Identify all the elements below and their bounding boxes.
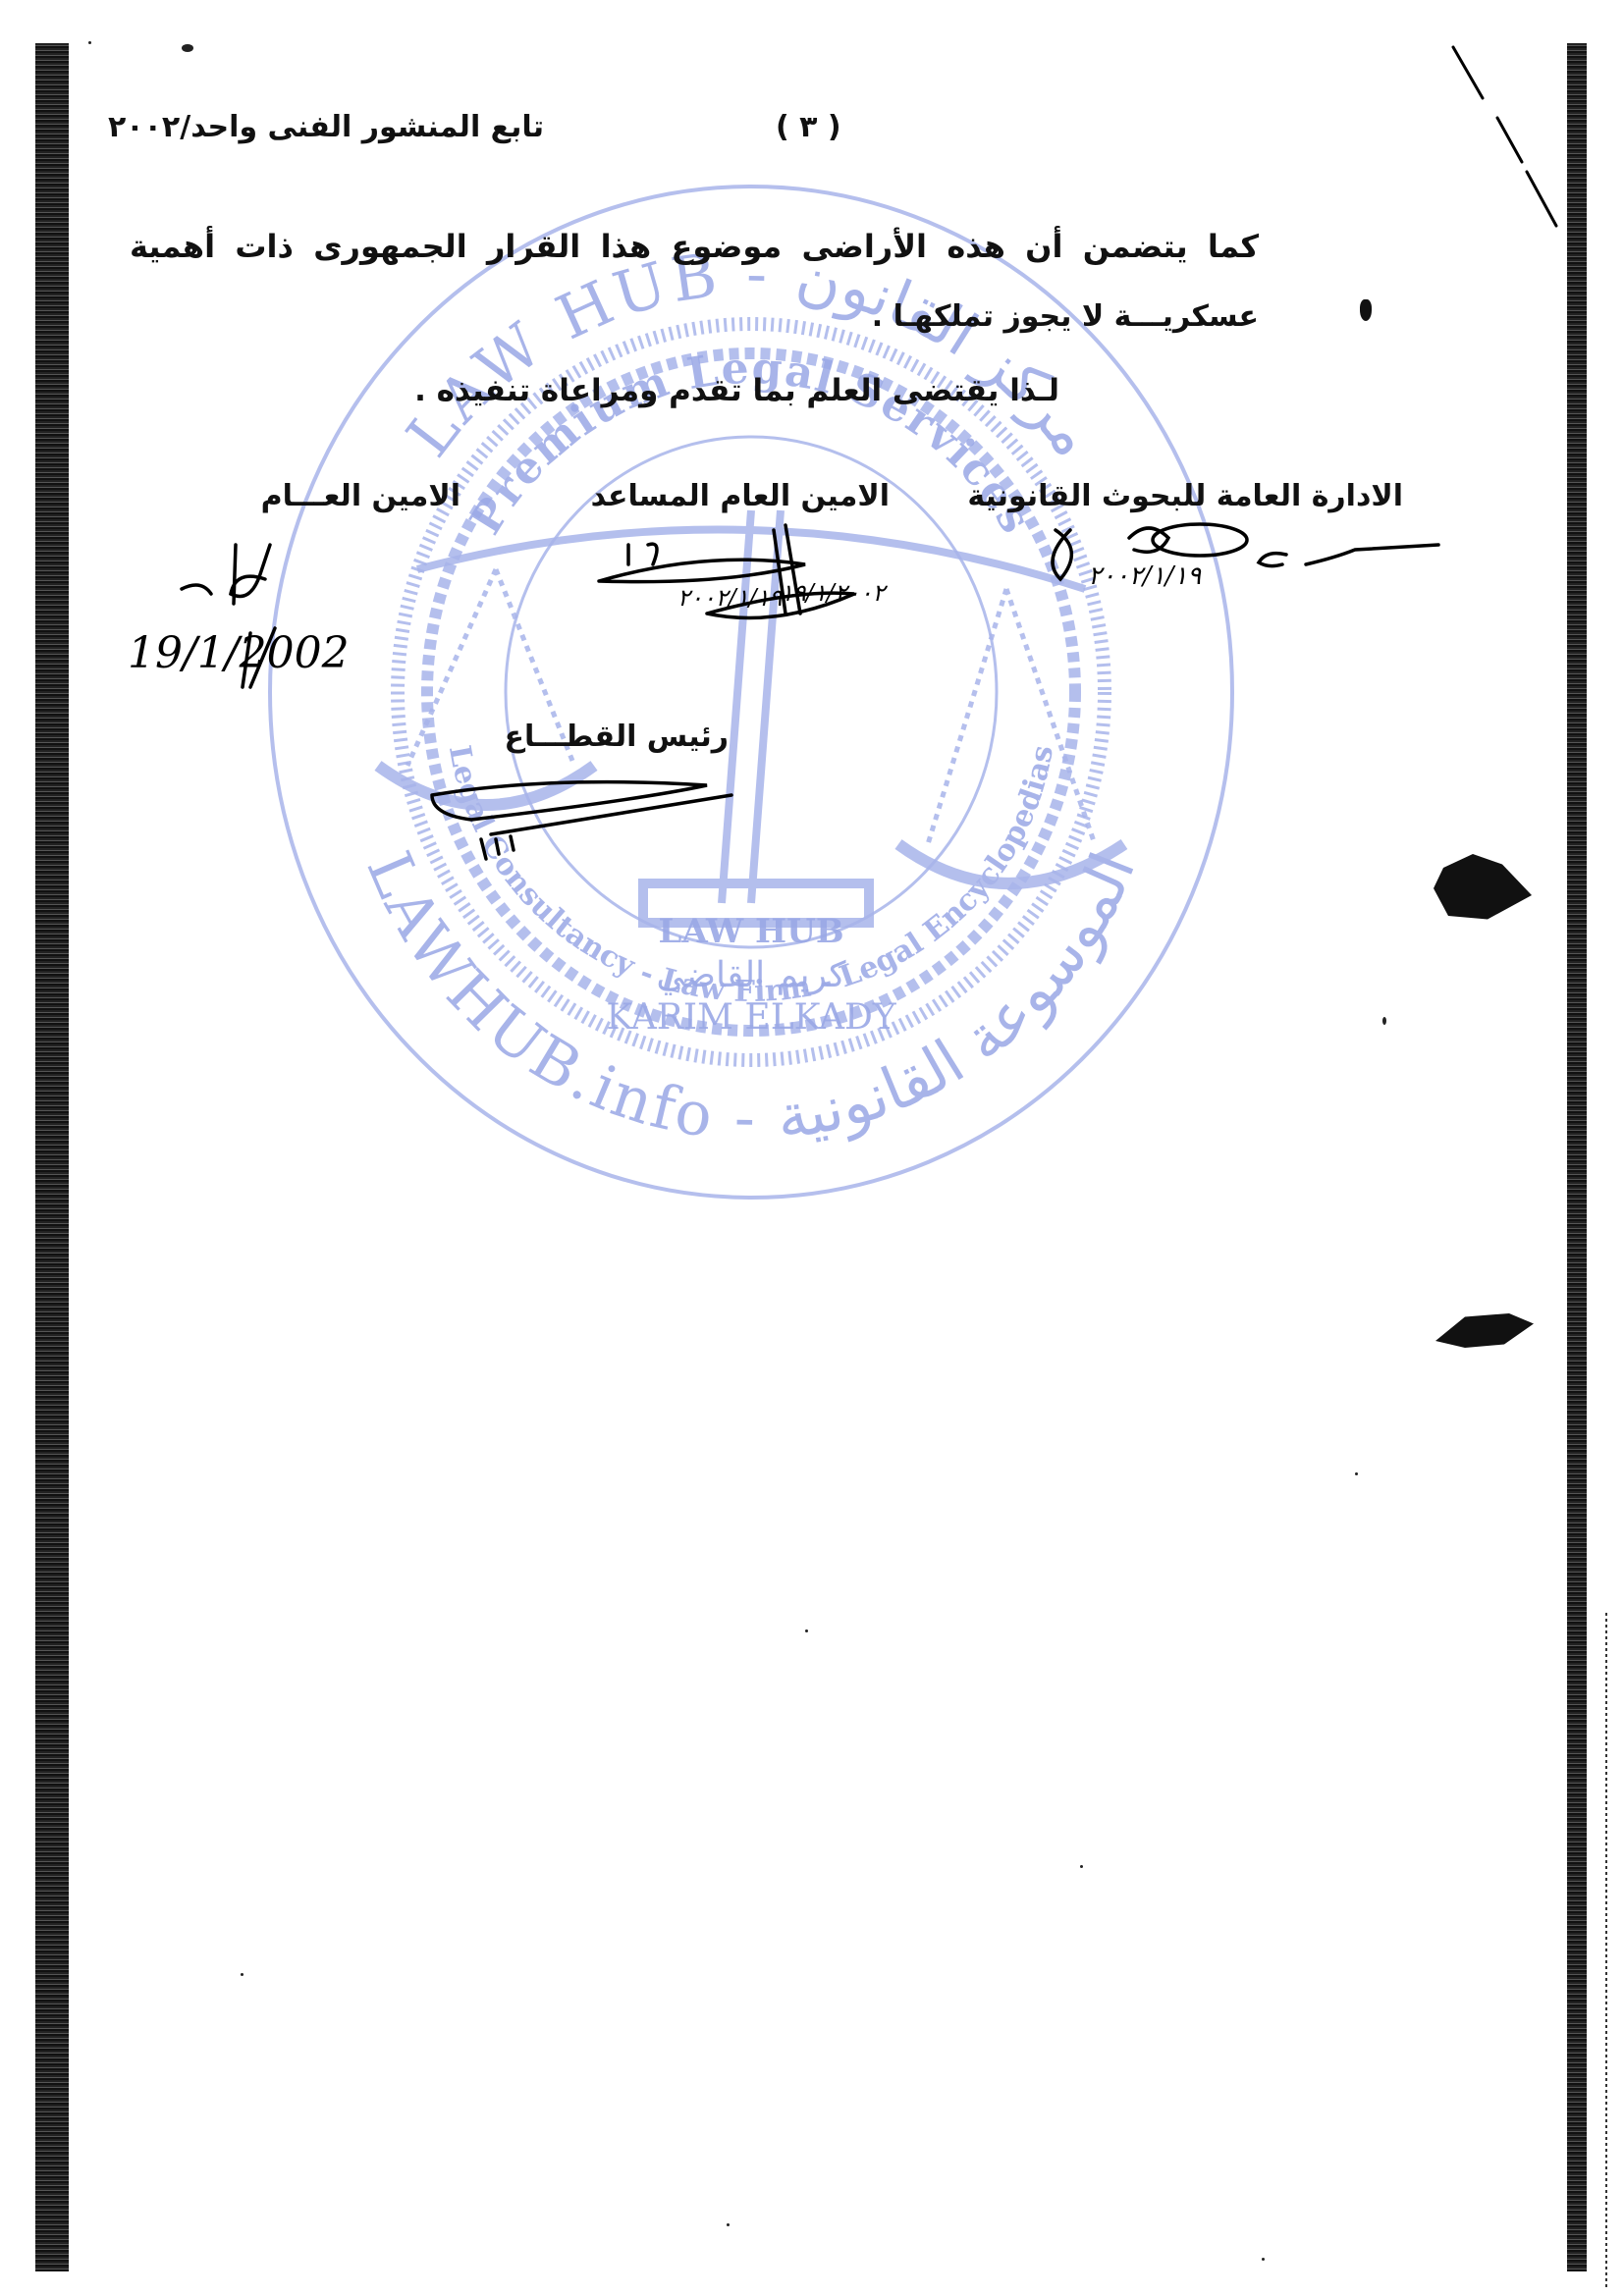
scan-speck — [1080, 1865, 1083, 1868]
handwritten-date-secretary-general: 19/1/2002 — [128, 628, 350, 678]
scan-speck — [1355, 1472, 1358, 1475]
scan-edge-right — [1567, 43, 1587, 2271]
scan-speck — [727, 2223, 730, 2226]
scan-blot — [1435, 1313, 1534, 1348]
signature-label-secretary-general: الامين العـــام — [261, 479, 460, 513]
scan-speck — [805, 1629, 808, 1632]
scan-speck — [88, 41, 91, 44]
scan-edge-left — [35, 43, 69, 2271]
scan-blot — [1434, 854, 1532, 923]
svg-text:LAW HUB: LAW HUB — [658, 912, 843, 951]
scan-speck — [182, 44, 193, 52]
page-number: ( ٣ ) — [776, 110, 841, 144]
scan-speck — [241, 1973, 244, 1976]
body-paragraph-line-1: كما يتضمن أن هذه الأراضى موضوع هذا القرا… — [130, 228, 1259, 265]
svg-text:LAWHUB.info - الموسوعة القانون: LAWHUB.info - الموسوعة القانونية — [352, 841, 1149, 1153]
body-paragraph-line-3: لـذا يقتضى العلم بما تقدم ومراعاة تنفيذه… — [414, 373, 1059, 408]
svg-text:KARIM ELKADY: KARIM ELKADY — [606, 997, 897, 1038]
handwritten-date-assistant-2: ٢٠٠٢/١/١٩ — [677, 584, 782, 612]
document-header-title: تابع المنشور الفنى واحد/٢٠٠٢ — [108, 110, 619, 144]
signature-label-sector-head: رئيس القطـــاع — [504, 720, 729, 754]
handwritten-signatures — [0, 0, 1624, 2296]
scan-edge-line — [1605, 1610, 1607, 2287]
scan-speck — [1382, 1017, 1386, 1025]
svg-text:كريم القاضي: كريم القاضي — [656, 955, 846, 995]
signature-label-legal-research-dept: الادارة العامة للبحوث القانونية — [967, 479, 1403, 513]
scanned-document-page: LAW HUB - مركز القانون Premium Legal Ser… — [0, 0, 1624, 2296]
handwritten-date-dept: ٢٠٠٢/١/١٩ — [1088, 561, 1201, 591]
scan-speck — [1262, 2258, 1265, 2261]
svg-text:Legal Consultancy - Law Firm -: Legal Consultancy - Law Firm - Legal Enc… — [442, 743, 1060, 1009]
handwritten-date-assistant-1: ١٩/١/٢٠٠٢ — [781, 579, 885, 607]
body-paragraph-line-2: عسكريـــة لا يجوز تملكهـا . — [872, 299, 1259, 334]
margin-mark — [1360, 299, 1372, 321]
svg-text:LAW HUB - مركز القانون: LAW HUB - مركز القانون — [393, 238, 1110, 470]
signature-label-assistant-secretary: الامين العام المساعد — [591, 479, 890, 513]
